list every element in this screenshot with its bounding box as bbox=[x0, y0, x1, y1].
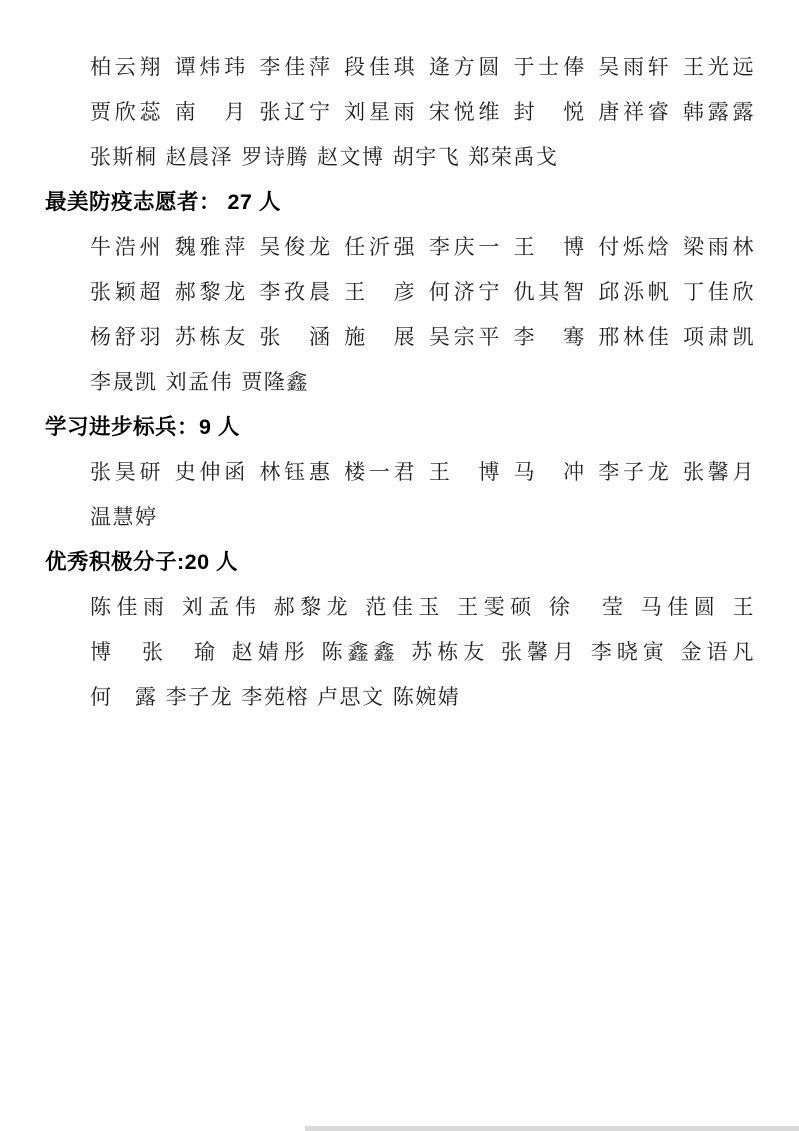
name-row: 杨舒羽 苏栋友 张 涵 施 展 吴宗平 李 骞 邢林佳 项肃凯 bbox=[90, 315, 755, 360]
name-row: 张昊研 史伸函 林钰惠 楼一君 王 博 马 冲 李子龙 张馨月 bbox=[90, 450, 755, 495]
page-boundary-shadow bbox=[305, 1126, 799, 1131]
name-row: 何 露 李子龙 李苑榕 卢思文 陈婉婧 bbox=[90, 675, 755, 720]
name-row: 温慧婷 bbox=[90, 495, 755, 540]
name-row: 李晟凯 刘孟伟 贾隆鑫 bbox=[90, 360, 755, 405]
section-heading-study-progress-pacesetters: 学习进步标兵：9 人 bbox=[45, 405, 755, 450]
name-row: 贾欣蕊 南 月 张辽宁 刘星雨 宋悦维 封 悦 唐祥睿 韩露露 bbox=[90, 90, 755, 135]
name-row: 柏云翔 谭炜玮 李佳萍 段佳琪 逄方圆 于士俸 吴雨轩 王光远 bbox=[90, 45, 755, 90]
section-heading-best-epidemic-volunteers: 最美防疫志愿者： 27 人 bbox=[45, 180, 755, 225]
name-row: 陈佳雨 刘孟伟 郝黎龙 范佳玉 王雯硕 徐 莹 马佳圆 王 bbox=[90, 585, 755, 630]
document-page: 柏云翔 谭炜玮 李佳萍 段佳琪 逄方圆 于士俸 吴雨轩 王光远 贾欣蕊 南 月 … bbox=[0, 0, 799, 1131]
section-heading-outstanding-activists: 优秀积极分子:20 人 bbox=[45, 540, 755, 585]
name-row: 牛浩州 魏雅萍 吴俊龙 任沂强 李庆一 王 博 付烁焓 梁雨林 bbox=[90, 225, 755, 270]
name-row: 张颖超 郝黎龙 李孜晨 王 彦 何济宁 仇其智 邱泺帆 丁佳欣 bbox=[90, 270, 755, 315]
name-row: 博 张 瑜 赵婧彤 陈鑫鑫 苏栋友 张馨月 李晓寅 金语凡 bbox=[90, 630, 755, 675]
name-row: 张斯桐 赵晨泽 罗诗腾 赵文博 胡宇飞 郑荣禹戈 bbox=[90, 135, 755, 180]
